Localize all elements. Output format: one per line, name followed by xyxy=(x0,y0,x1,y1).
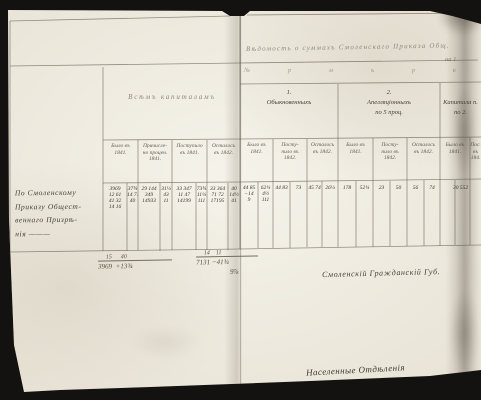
subheader-cell: Осталось въ 1842. xyxy=(307,139,338,181)
data-cell: 29 144 349 14933 xyxy=(138,184,160,248)
subheader-cell: Осталось въ 1842. xyxy=(407,139,440,181)
faint-mark: ъ xyxy=(371,67,374,74)
column-group-header: 2. Апелляціонныхъ по 5 проц. xyxy=(338,86,440,138)
faint-mark: р xyxy=(288,67,291,74)
left-data-cells: 3969 12 61 41 32 14 1637¾ 14 7. 4029 144… xyxy=(103,184,240,248)
data-cell: 178 xyxy=(338,183,356,247)
subheader-cell: Было въ 1841. xyxy=(103,140,138,182)
title-fragment: на 1 xyxy=(445,56,456,63)
right-subheaders: Было въ 1841.Посту- пило въ 1842.Осталос… xyxy=(240,139,481,181)
column-group-header: 1. Обыкновенныхъ xyxy=(240,86,338,138)
stray-pencil-mark: 9⅞ xyxy=(230,268,239,276)
data-cell: 33 347 11 47 14199 xyxy=(172,184,196,248)
subheader-cell: Поступило въ 1841. xyxy=(172,140,207,182)
subheader-cell: Причисле- но процен. 1841. xyxy=(138,140,172,182)
left-subheaders: Было въ 1841.Причисле- но процен. 1841.П… xyxy=(103,140,240,182)
data-cell: 45 74 xyxy=(307,183,322,247)
data-cell: 26¼ xyxy=(322,183,338,247)
all-capitals-header: Всѣмъ капиталамъ xyxy=(108,93,236,101)
data-cell: 40 14½ 41 xyxy=(228,184,240,248)
faint-mark: к xyxy=(453,67,456,74)
data-cell: 56 xyxy=(407,183,424,247)
data-cell: 23 xyxy=(373,183,390,247)
column-group-headers: 1. Обыкновенныхъ2. Апелляціонныхъ по 5 п… xyxy=(240,86,481,138)
subheader-cell: Пос. въ 184. xyxy=(470,139,481,181)
subheader-cell: Осталось въ 1842. xyxy=(207,140,240,182)
scanned-ledger-photo: Вѣдомость о суммахъ Смоленскаго Приказа … xyxy=(0,0,481,400)
data-cell: 33 364 71 72 17195 xyxy=(207,184,228,248)
pencil-calculation-left: 15 40 3969 +13¾ xyxy=(98,253,172,270)
paper-sheet: Вѣдомость о суммахъ Смоленскаго Приказа … xyxy=(0,0,481,400)
data-cell: 50 xyxy=(390,183,407,247)
data-cell: 73¾ 11¼ 111 xyxy=(196,184,207,248)
pencil-sum-result: 3969 +13¾ xyxy=(98,259,172,270)
data-cell: 30 552 xyxy=(440,183,481,247)
data-cell: 73 xyxy=(290,183,307,247)
data-cell: 31¼ 43 11 xyxy=(160,184,172,248)
row-label-smolensk-prikaz: По Смоленскому Приказу Общест- веннаго П… xyxy=(15,186,101,241)
data-cell: 44 85 −14 9 xyxy=(240,183,258,247)
data-cell: 44 83 xyxy=(273,183,290,247)
data-cell: 3969 12 61 41 32 14 16 xyxy=(103,184,127,248)
column-group-header: Капитала п. по 2. xyxy=(440,86,481,138)
faint-mark: № xyxy=(244,67,250,74)
data-cell: 52¼ xyxy=(356,183,373,247)
data-cell: 62¼ 4½ 111 xyxy=(258,183,273,247)
faint-mark: р xyxy=(412,67,415,74)
subheader-cell: Было въ 1841. xyxy=(240,139,273,181)
subheader-cell: Посту- пило въ 1842. xyxy=(273,139,307,181)
subheader-cell: Было въ 1841. xyxy=(440,139,470,181)
subheader-cell: Посту- пило въ 1842. xyxy=(373,139,407,181)
data-cell: 74 xyxy=(424,183,440,247)
data-cell: 37¾ 14 7. 40 xyxy=(127,184,138,248)
right-data-cells: 44 85 −14 962¼ 4½ 11144 837345 7426¼1785… xyxy=(240,183,481,247)
pencil-sum-result: 7131 −41¾ xyxy=(196,255,258,266)
subheader-cell: Было въ 1841. xyxy=(338,139,373,181)
faint-bleedthrough-marks: №рмърк xyxy=(244,67,456,74)
pencil-calculation-middle: 14 11 7131 −41¾ xyxy=(196,249,258,266)
faint-mark: м xyxy=(329,67,333,74)
